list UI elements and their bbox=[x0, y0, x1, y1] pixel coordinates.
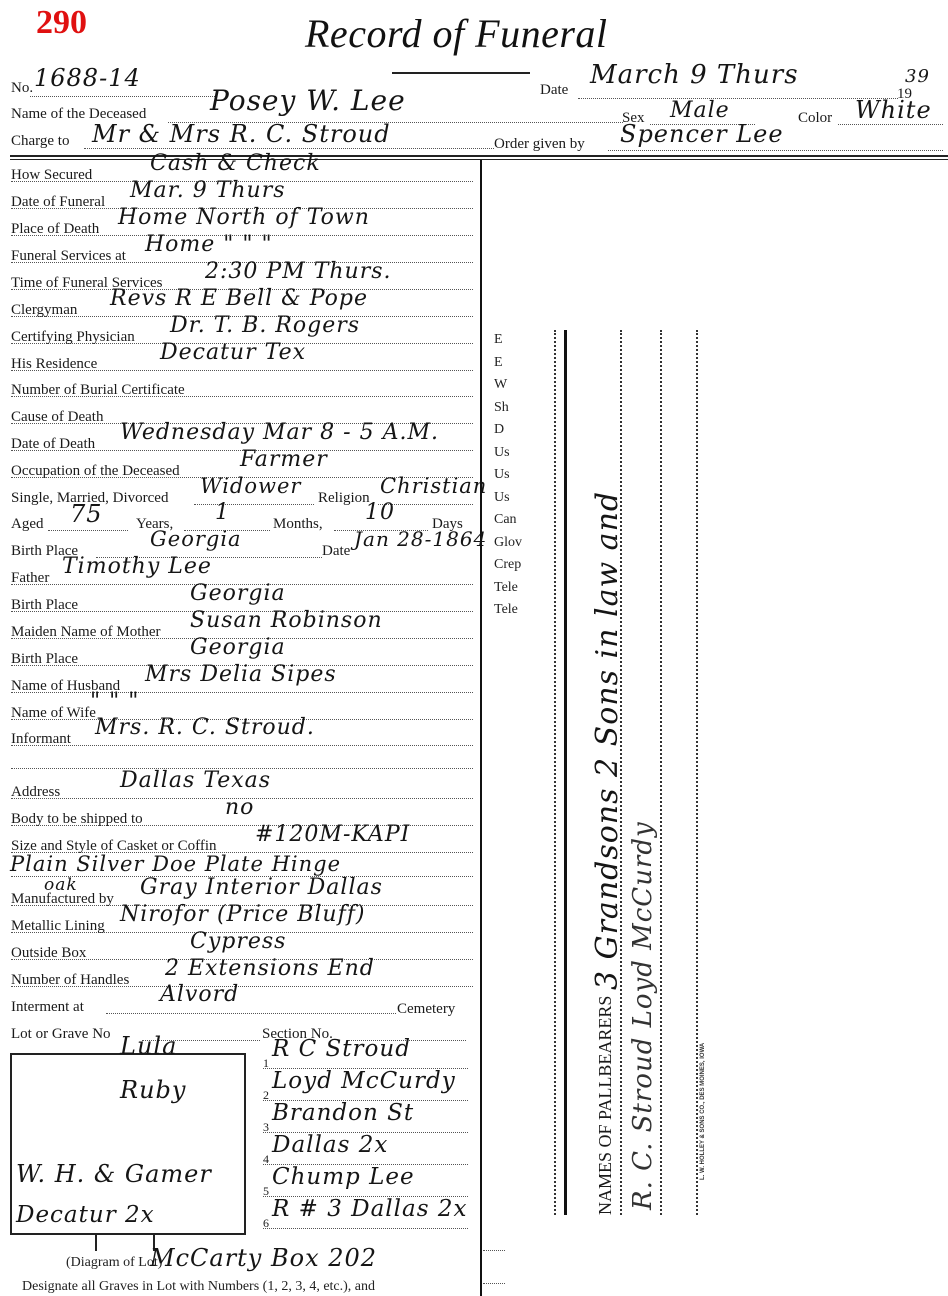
field-value: Georgia bbox=[190, 635, 286, 660]
panel-dots-1 bbox=[554, 330, 556, 1215]
field-label: Occupation of the Deceased bbox=[11, 463, 180, 480]
field-label: Birth Place bbox=[11, 651, 78, 668]
side-label: Crep bbox=[494, 557, 521, 573]
field-value: Nirofor (Price Bluff) bbox=[120, 902, 365, 927]
birth-date-value: Jan 28-1864 bbox=[354, 527, 487, 551]
field-value: Gray Interior Dallas bbox=[140, 875, 383, 900]
field-value: Mrs Delia Sipes bbox=[145, 662, 337, 687]
date-value: March 9 Thurs bbox=[590, 60, 799, 90]
no-line bbox=[30, 96, 215, 97]
lot-note-top: Lula bbox=[120, 1032, 177, 1060]
survivor-number: 6 bbox=[263, 1216, 269, 1231]
survivor-line bbox=[263, 1228, 468, 1229]
pallbearers-note-1: 3 Grandsons 2 Sons in law and bbox=[590, 491, 625, 990]
pallbearers-note-2: R. C. Stroud Loyd McCurdy bbox=[628, 821, 658, 1210]
page-title: Record of Funeral bbox=[305, 10, 608, 57]
field-value: Susan Robinson bbox=[190, 608, 383, 633]
field-label: Metallic Lining bbox=[11, 918, 105, 935]
side-label: Can bbox=[494, 512, 517, 528]
field-line bbox=[11, 745, 473, 746]
field-label: Name of Wife bbox=[11, 705, 96, 722]
field-label: Maiden Name of Mother bbox=[11, 624, 161, 641]
field-label: Date of Death bbox=[11, 436, 95, 453]
color-value: White bbox=[855, 96, 932, 124]
field-value: no bbox=[225, 795, 254, 820]
interment-label: Interment at bbox=[11, 999, 84, 1016]
field-label: Informant bbox=[11, 731, 71, 748]
survivor-value: Dallas 2x bbox=[272, 1132, 388, 1158]
field-label: Number of Burial Certificate bbox=[11, 382, 185, 399]
survivor-value: Loyd McCurdy bbox=[272, 1068, 456, 1094]
field-label: Clergyman bbox=[11, 302, 77, 319]
field-value: 2 Extensions End bbox=[165, 956, 375, 981]
lot-label: Lot or Grave No bbox=[11, 1026, 111, 1043]
field-label: Father bbox=[11, 570, 49, 587]
lot-note-left2: W. H. & Gamer bbox=[16, 1160, 212, 1188]
field-value: Cypress bbox=[190, 929, 286, 954]
no-value: 1688-14 bbox=[34, 64, 141, 92]
aged-days: 10 bbox=[365, 500, 395, 525]
religion-label: Religion bbox=[318, 490, 370, 507]
instructions: Designate all Graves in Lot with Numbers… bbox=[22, 1279, 375, 1295]
side-label: Tele bbox=[494, 602, 518, 618]
side-label: Us bbox=[494, 467, 510, 483]
field-value: " " " bbox=[90, 689, 139, 714]
order-line bbox=[608, 150, 943, 151]
survivor-number: 5 bbox=[263, 1184, 269, 1199]
field-value: Home North of Town bbox=[118, 205, 370, 230]
field-value: #120M-KAPI bbox=[255, 822, 410, 847]
field-value: Cash & Check bbox=[150, 151, 321, 176]
field-value: Home " " " bbox=[145, 232, 273, 257]
field-value: Timothy Lee bbox=[62, 554, 212, 579]
printer-imprint: L. W. HOLLEY & SONS CO., DES MOINES, IOW… bbox=[700, 1043, 706, 1180]
field-value: Decatur Tex bbox=[160, 340, 306, 365]
survivor-number: 4 bbox=[263, 1152, 269, 1167]
interment-value: Alvord bbox=[160, 982, 239, 1007]
deceased-name: Posey W. Lee bbox=[210, 84, 406, 117]
field-value: Mrs. R. C. Stroud. bbox=[95, 715, 315, 740]
lot-note-left3: Decatur 2x bbox=[16, 1202, 155, 1228]
field-label: Certifying Physician bbox=[11, 329, 135, 346]
survivor-number: 3 bbox=[263, 1120, 269, 1135]
field-label: Address bbox=[11, 784, 60, 801]
field-label: Birth Place bbox=[11, 597, 78, 614]
survivor-value: Brandon St bbox=[272, 1100, 414, 1126]
charge-label: Charge to bbox=[11, 133, 69, 150]
aged-label: Aged bbox=[11, 516, 44, 533]
field-label: Body to be shipped to bbox=[11, 811, 143, 828]
field-value: Dallas Texas bbox=[120, 768, 271, 793]
color-line bbox=[838, 124, 943, 125]
marital-value: Widower bbox=[200, 474, 301, 498]
title-underline bbox=[392, 72, 530, 74]
year-value: 39 bbox=[905, 66, 930, 87]
months-label: Months, bbox=[273, 516, 323, 533]
record-number: 290 bbox=[36, 4, 87, 42]
birth-date-label: Date bbox=[322, 543, 350, 560]
field-label: How Secured bbox=[11, 167, 92, 184]
interment-line bbox=[106, 1013, 396, 1014]
birth-place-value: Georgia bbox=[150, 527, 242, 551]
side-label: Sh bbox=[494, 400, 509, 416]
field-label: Number of Handles bbox=[11, 972, 129, 989]
column-divider bbox=[480, 160, 482, 1296]
pallbearers-panel: NAMES OF PALLBEARERS 3 Grandsons 2 Sons … bbox=[550, 330, 712, 1215]
date-label: Date bbox=[540, 82, 568, 99]
survivor-value: Chump Lee bbox=[272, 1164, 415, 1190]
religion-value: Christian bbox=[380, 474, 487, 498]
panel-dots-4 bbox=[696, 330, 698, 1215]
side-label: Us bbox=[494, 445, 510, 461]
aged-years: 75 bbox=[70, 500, 103, 528]
survivor-number: 1 bbox=[263, 1056, 269, 1071]
field-label: Outside Box bbox=[11, 945, 86, 962]
side-label: W bbox=[494, 377, 507, 393]
diagram-tick-left bbox=[95, 1233, 97, 1251]
charge-line bbox=[84, 148, 494, 149]
pallbearers-label: NAMES OF PALLBEARERS bbox=[595, 996, 616, 1215]
field-value: 2:30 PM Thurs. bbox=[205, 259, 392, 284]
no-label: No. bbox=[11, 80, 33, 97]
field-value: Dr. T. B. Rogers bbox=[170, 313, 360, 338]
field-value: Mar. 9 Thurs bbox=[130, 178, 286, 203]
order-label: Order given by bbox=[494, 136, 585, 153]
field-label: Date of Funeral bbox=[11, 194, 105, 211]
lot-note-bottom: McCarty Box 202 bbox=[150, 1244, 377, 1272]
survivor-value: R C Stroud bbox=[272, 1036, 411, 1062]
field-value: Revs R E Bell & Pope bbox=[110, 286, 368, 311]
aged-months: 1 bbox=[215, 500, 230, 525]
side-label: Us bbox=[494, 490, 510, 506]
color-label: Color bbox=[798, 110, 832, 127]
side-label: D bbox=[494, 422, 504, 438]
side-label: E bbox=[494, 332, 503, 348]
side-label: Tele bbox=[494, 580, 518, 596]
side-dash-1 bbox=[483, 1250, 505, 1251]
field-label: Funeral Services at bbox=[11, 248, 126, 265]
cemetery-label: Cemetery bbox=[397, 1001, 455, 1018]
marital-line bbox=[194, 504, 314, 505]
side-label: Glov bbox=[494, 535, 522, 551]
charge-value: Mr & Mrs R. C. Stroud bbox=[92, 120, 391, 148]
field-label: Manufactured by bbox=[11, 891, 114, 908]
years-line bbox=[48, 530, 128, 531]
field-label: Place of Death bbox=[11, 221, 99, 238]
diagram-caption: (Diagram of Lot) bbox=[66, 1255, 162, 1271]
survivor-value: R # 3 Dallas 2x bbox=[272, 1196, 467, 1222]
lot-note-left1: Ruby bbox=[120, 1076, 186, 1104]
field-label: His Residence bbox=[11, 356, 97, 373]
side-label: E bbox=[494, 355, 503, 371]
date-line bbox=[578, 98, 898, 99]
panel-rule bbox=[564, 330, 567, 1215]
field-value: Farmer bbox=[240, 447, 328, 472]
field-value: Wednesday Mar 8 - 5 A.M. bbox=[120, 420, 439, 445]
field-label: Cause of Death bbox=[11, 409, 103, 426]
side-dash-2 bbox=[483, 1283, 505, 1284]
field-value: Georgia bbox=[190, 581, 286, 606]
survivor-number: 2 bbox=[263, 1088, 269, 1103]
panel-dots-3 bbox=[660, 330, 662, 1215]
order-value: Spencer Lee bbox=[620, 120, 784, 148]
casket-extra: Plain Silver Doe Plate Hinge bbox=[10, 852, 341, 876]
